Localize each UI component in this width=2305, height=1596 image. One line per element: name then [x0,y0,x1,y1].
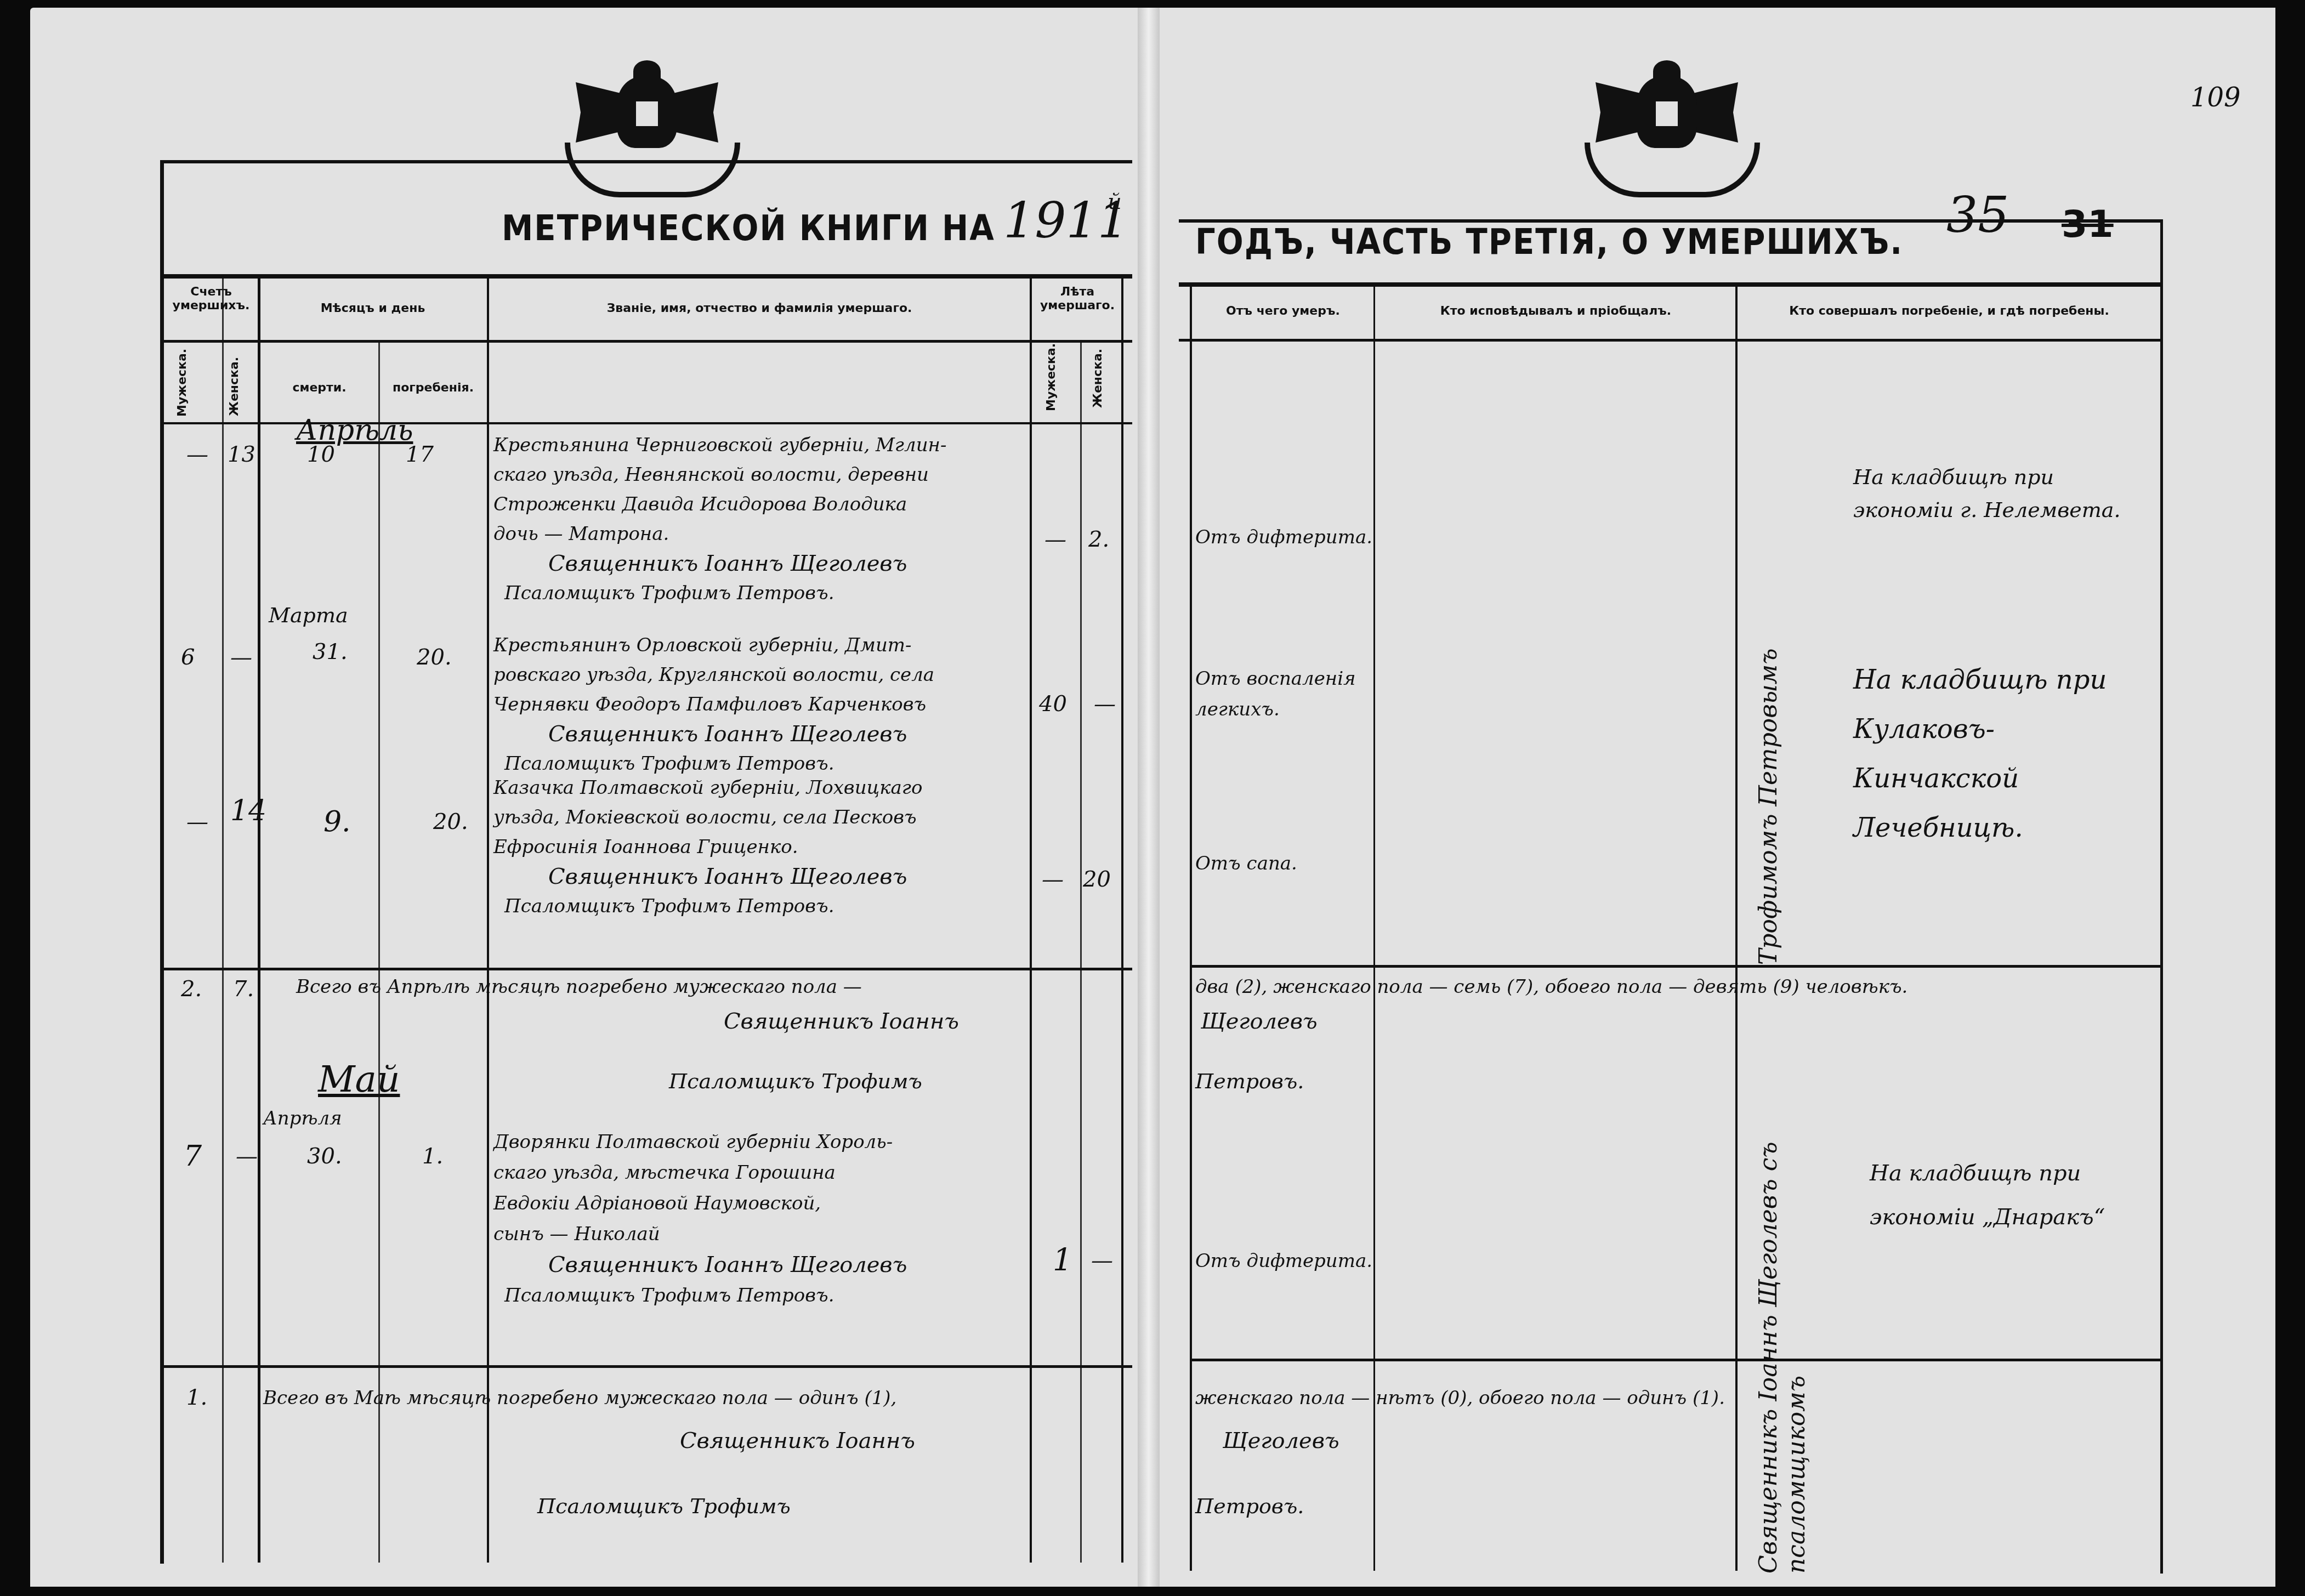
entry3-name: Казачка Полтавской губерніи, Лохвицкагоу… [493,773,1025,921]
row-rule-april-total-right [1190,965,2160,968]
header-name: Званіе, имя, отчество и фамилія умершаго… [491,302,1028,315]
vertical-note-upper: Трофимомъ Петровымъ [1755,351,1782,965]
entry3-age-female: 20 [1083,864,1111,895]
header-age-female: Женска. [1091,345,1105,411]
may-entry-burial-day: 1. [422,1140,443,1172]
entry2-male-no: 6 [181,641,195,673]
entry1-burial-place: На кладбищѣ при экономіи г. Нелемвета. [1853,461,2149,526]
header-date: Мѣсяцъ и день [260,302,485,315]
header-cause: Отъ чего умеръ. [1193,304,1373,318]
col-divider [1030,274,1032,1563]
col-divider [1373,282,1375,1571]
may-total-male: 1. [186,1382,207,1413]
header-count: Счетъ умершихъ. [164,285,258,313]
entry2-age-male: 40 [1039,688,1067,720]
entry1-female-no: 13 [228,439,256,470]
april-total-male: 2. [181,973,202,1005]
header-age: Лѣта умершаго. [1034,285,1121,313]
entry3-age-male: — [1042,864,1064,895]
april-total-priest-surname: Щеголевъ [1201,1009,1318,1034]
entry1-burial-day: 17 [406,439,434,470]
subheader-rule-left [162,340,1132,343]
header-burial-date: погребенія. [381,381,485,395]
april-total-psalmist: Псаломщикъ Трофимъ [669,1069,922,1093]
col-divider [487,274,489,1563]
entry2-name: Крестьянинъ Орловской губерніи, Дмит-ров… [493,631,1025,779]
subheader-rule-right [1179,339,2160,342]
frame-left [160,160,164,1564]
april-total-psalmist-surname: Петровъ. [1195,1069,1304,1093]
entry3-death-day: 9. [323,806,351,838]
may-total-psalmist-surname: Петровъ. [1195,1494,1304,1518]
row-rule-april-total [162,968,1132,970]
entry1-age-male: — [1044,524,1066,555]
entry1-name: Крестьянина Черниговской губерніи, Мглин… [493,430,1025,608]
entry2-death-day: 31. [313,636,348,668]
entry1-cause: Отъ дифтерита. [1195,526,1372,548]
col-divider [1190,282,1192,1571]
row-rule-may-total [162,1365,1132,1368]
header-rule-left [162,274,1132,279]
april-total-priest: Священникъ Іоаннъ [724,1009,959,1034]
entry2-burial-day: 20. [417,641,452,673]
row-rule-may-total-right [1190,1359,2160,1361]
may-total-text-left: Всего въ Маѣ мѣсяцѣ погребено мужескаго … [263,1387,1140,1409]
col-divider [1080,340,1082,1563]
entry2-burial-place: На кладбищѣ при Кулаковъ-Кинчакской Лече… [1853,655,2149,853]
month-may: Май [318,1058,400,1100]
entry1-death-day: 10 [307,439,335,470]
frame-right [2160,219,2163,1574]
april-total-text-left: Всего въ Апрѣлѣ мѣсяцѣ погребено мужеска… [296,976,1135,998]
entry2-death-month: Марта [269,603,348,627]
entry1-male-no: — [186,439,208,470]
entry1-age-female: 2. [1088,524,1109,555]
may-entry-age-female: — [1091,1245,1113,1276]
may-entry-male-no: 7 [184,1140,202,1172]
folio-printed: 31 [2062,203,2114,246]
col-divider [1121,274,1123,1563]
col-divider [1735,282,1738,1571]
may-entry-death-month: Апрѣля [263,1107,342,1129]
entry3-burial-day: 20. [433,806,468,838]
april-total-female: 7. [233,973,254,1005]
folio-handwritten: 35 [1946,186,2009,244]
may-entry-name: Дворянки Полтавской губерніи Хороль-скаг… [493,1127,1025,1311]
book-gutter [1138,8,1160,1587]
may-entry-cause: Отъ дифтерита. [1195,1250,1372,1272]
entry3-cause: Отъ сапа. [1195,853,1297,874]
may-entry-age-male: 1 [1053,1245,1072,1276]
header-burial: Кто совершалъ погребеніе, и гдѣ погребен… [1738,304,2160,318]
header-confessor: Кто исповѣдывалъ и пріобщалъ. [1376,304,1735,318]
vertical-note-lower: Священникъ Іоаннъ Щеголевъ съ псаломщико… [1755,981,1810,1574]
may-total-text-right: женскаго пола — нѣтъ (0), обоего пола — … [1195,1387,2155,1409]
frame-top-left [162,160,1132,163]
may-total-psalmist: Псаломщикъ Трофимъ [537,1494,791,1518]
col-divider [222,274,224,1563]
april-total-text-right: два (2), женскаго пола — семь (7), обоег… [1195,976,2155,998]
entry2-female-no: — [230,641,252,673]
entry2-age-female: — [1094,688,1116,720]
title-left: МЕТРИЧЕСКОЙ КНИГИ НА [502,208,995,249]
header-death: смерти. [260,381,378,395]
may-entry-female-no: — [236,1140,258,1172]
imperial-eagle-emblem-right [1585,60,1749,192]
page-number-stamp: 109 [2190,82,2241,113]
header-count-female: Женска. [228,356,241,417]
header-rule-right [1179,282,2160,287]
may-entry-death-day: 30. [307,1140,342,1172]
col-divider [378,343,380,1563]
may-total-priest: Священникъ Іоаннъ [680,1428,915,1453]
entry2-cause: Отъ воспаленія легкихъ. [1195,663,1371,725]
header-count-male: Мужеска. [175,356,189,417]
may-total-priest-surname: Щеголевъ [1223,1428,1339,1453]
year-suffix: й [1108,189,1122,214]
col-divider [258,274,260,1563]
imperial-eagle-emblem-left [565,60,729,192]
header-age-male: Мужеска. [1044,345,1058,411]
title-right: ГОДЪ, ЧАСТЬ ТРЕТІЯ, О УМЕРШИХЪ. [1195,222,1903,263]
entry3-female-no: 14 [230,795,266,827]
may-entry-burial-place: На кладбищѣ при экономіи „Днаракъ“ [1870,1151,2155,1239]
entry3-male-no: — [186,806,208,838]
